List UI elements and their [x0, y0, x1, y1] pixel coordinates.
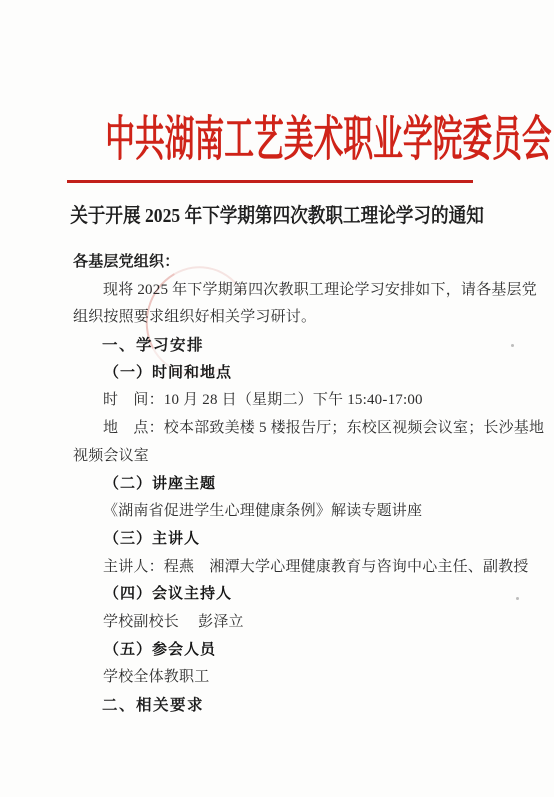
scanned-notice-page: 中共湖南工艺美术职业学院委员会 关于开展 2025 年下学期第四次教职工理论学习…: [0, 0, 554, 797]
body-line-attendees: 学校全体教职工: [73, 664, 533, 692]
body-line-time: 时 间：10 月 28 日（星期二）下午 15:40-17:00: [73, 387, 533, 415]
salutation: 各基层党组织：: [73, 249, 533, 277]
subsection-heading-attendees: （五）参会人员: [73, 637, 533, 665]
letterhead-authority-title: 中共湖南工艺美术职业学院委员会: [105, 114, 448, 166]
subsection-heading-speaker: （三）主讲人: [73, 526, 533, 554]
body-line-speaker: 主讲人：程燕 湘潭大学心理健康教育与咨询中心主任、副教授: [73, 554, 533, 582]
subsection-heading-host: （四）会议主持人: [73, 581, 533, 609]
body-line-topic: 《湖南省促进学生心理健康条例》解读专题讲座: [73, 498, 533, 526]
body-line: 现将 2025 年下学期第四次教职工理论学习安排如下，请各基层党: [73, 277, 533, 305]
letterhead-rule: [67, 180, 473, 183]
body-line-place: 地 点：校本部致美楼 5 楼报告厅；东校区视频会议室；长沙基地: [73, 415, 533, 443]
subsection-heading-topic: （二）讲座主题: [73, 471, 533, 499]
body-line: 组织按照要求组织好相关学习研讨。: [73, 304, 533, 332]
body-line: 视频会议室: [73, 443, 533, 471]
document-body: 各基层党组织： 现将 2025 年下学期第四次教职工理论学习安排如下，请各基层党…: [73, 249, 533, 720]
document-title: 关于开展 2025 年下学期第四次教职工理论学习的通知: [33, 199, 521, 228]
section-heading-2: 二、相关要求: [73, 692, 533, 720]
subsection-heading-time-place: （一）时间和地点: [73, 360, 533, 388]
section-heading-1: 一、学习安排: [73, 332, 533, 360]
body-line-host: 学校副校长 彭泽立: [73, 609, 533, 637]
